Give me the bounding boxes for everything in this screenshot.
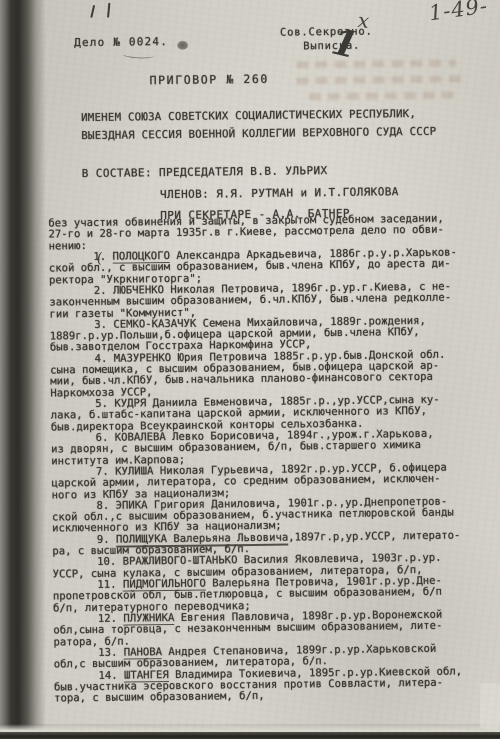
bleed-through-smudge — [309, 91, 457, 100]
ink-blot — [177, 41, 188, 50]
document-sheet: Дело № 0024. Сов.Секретно. Выписка. 1-49… — [0, 0, 500, 739]
pen-mark — [107, 3, 110, 18]
bleed-through-smudge — [297, 75, 465, 84]
preamble-line-2: ВЫЕЗДНАЯ СЕССИЯ ВОЕННОЙ КОЛЛЕГИИ ВЕРХОВН… — [81, 125, 436, 142]
pen-underline-mark — [122, 50, 154, 59]
court-composition: В СОСТАВЕ: ПРЕДСЕДАТЕЛЯ В.В. УЛЬРИХ — [82, 164, 328, 180]
court-members: ЧЛЕНОВ: Я.Я. РУТМАН и И.Т.ГОЛЯКОВА — [160, 185, 399, 201]
scanned-document-page: Дело № 0024. Сов.Секретно. Выписка. 1-49… — [0, 0, 500, 739]
preamble-line-1: ИМЕНЕМ СОЮЗА СОВЕТСКИХ СОЦИАЛИСТИЧЕСКИХ … — [81, 107, 416, 124]
case-number: Дело № 0024. — [74, 35, 168, 49]
bleed-through-smudge — [296, 59, 456, 68]
pen-mark — [90, 5, 95, 18]
handwritten-check-mark: х — [357, 8, 370, 33]
document-body: без участия обвинения и защиты, в закрыт… — [48, 213, 486, 705]
handwritten-page-reference: 1-49- — [427, 0, 489, 25]
document-title: ПРИГОВОР № 260 — [149, 72, 269, 87]
